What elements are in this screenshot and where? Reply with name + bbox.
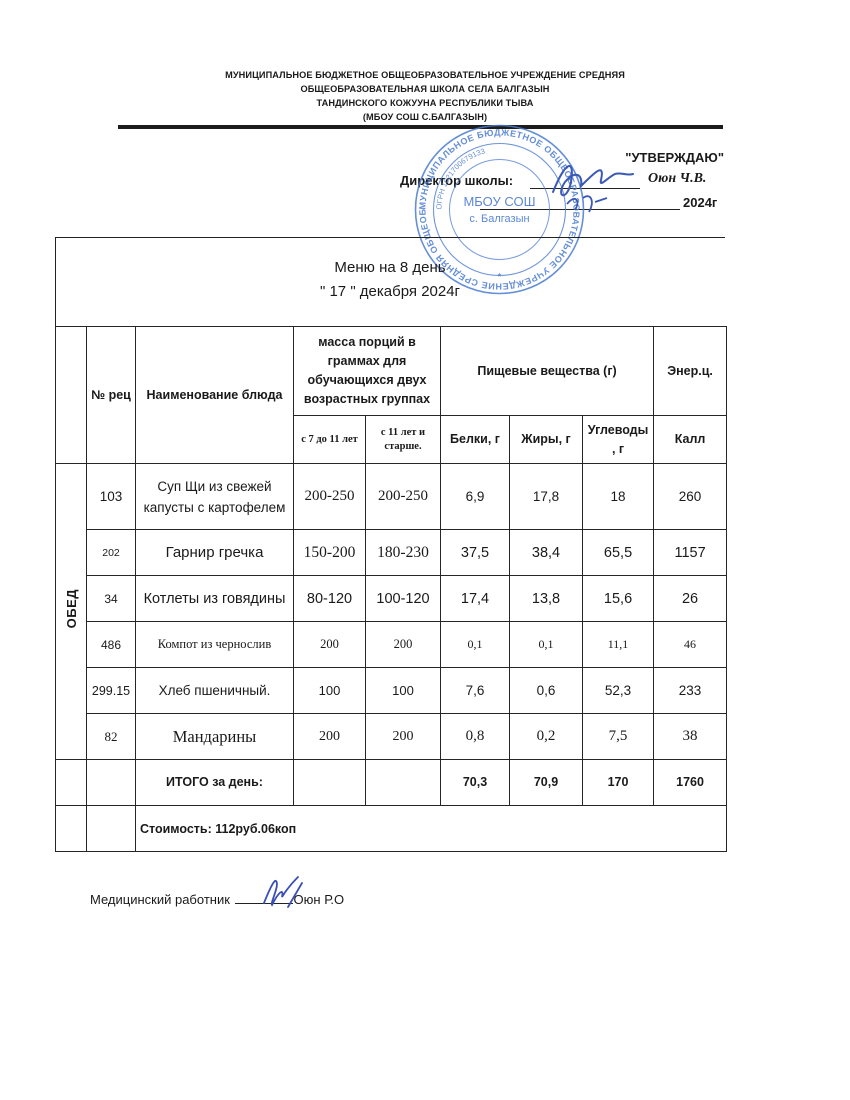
table-row: 299.15 Хлеб пшеничный. 100 100 7,6 0,6 5… — [56, 668, 727, 714]
row-kcal: 260 — [654, 464, 727, 530]
row-name: Котлеты из говядины — [136, 576, 294, 622]
total-blank-2 — [87, 760, 136, 806]
row-num: 34 — [87, 576, 136, 622]
row-kcal: 233 — [654, 668, 727, 714]
section-label-cell: ОБЕД — [56, 464, 87, 760]
row-mass-2: 180-230 — [366, 530, 441, 576]
approve-label: "УТВЕРЖДАЮ" — [625, 150, 724, 165]
row-carbs: 11,1 — [583, 622, 654, 668]
row-carbs: 18 — [583, 464, 654, 530]
row-name: Компот из чернослив — [136, 622, 294, 668]
director-signature-line — [530, 188, 640, 189]
table-row: 82 Мандарины 200 200 0,8 0,2 7,5 38 — [56, 714, 727, 760]
total-blank-3 — [294, 760, 366, 806]
col-header-nutrients: Пищевые вещества (г) — [441, 327, 654, 416]
medical-worker-name: Оюн Р.О — [294, 892, 345, 907]
section-label: ОБЕД — [64, 589, 79, 628]
row-kcal: 46 — [654, 622, 727, 668]
row-carbs: 65,5 — [583, 530, 654, 576]
cost-blank-1 — [56, 806, 87, 852]
row-fat: 0,1 — [510, 622, 583, 668]
col-header-fat: Жиры, г — [510, 416, 583, 464]
row-mass-2: 200-250 — [366, 464, 441, 530]
row-num: 103 — [87, 464, 136, 530]
col-header-kcal: Калл — [654, 416, 727, 464]
col-header-mass-7-11: с 7 до 11 лет — [294, 416, 366, 464]
director-name: Оюн Ч.В. — [648, 171, 706, 187]
row-mass-2: 100-120 — [366, 576, 441, 622]
director-label: Директор школы: — [400, 173, 513, 188]
row-fat: 0,6 — [510, 668, 583, 714]
col-header-mass-11-plus: с 11 лет и старше. — [366, 416, 441, 464]
row-num: 82 — [87, 714, 136, 760]
total-blank-4 — [366, 760, 441, 806]
row-num: 202 — [87, 530, 136, 576]
row-kcal: 38 — [654, 714, 727, 760]
menu-title-box — [55, 237, 725, 326]
total-label: ИТОГО за день: — [136, 760, 294, 806]
row-protein: 17,4 — [441, 576, 510, 622]
row-fat: 0,2 — [510, 714, 583, 760]
row-fat: 13,8 — [510, 576, 583, 622]
school-header: МУНИЦИПАЛЬНОЕ БЮДЖЕТНОЕ ОБЩЕОБРАЗОВАТЕЛЬ… — [0, 68, 850, 124]
col-header-mass: масса порций в граммах для обучающихся д… — [294, 327, 441, 416]
row-mass-1: 100 — [294, 668, 366, 714]
total-protein: 70,3 — [441, 760, 510, 806]
total-row: ИТОГО за день: 70,3 70,9 170 1760 — [56, 760, 727, 806]
menu-table: № рец Наименование блюда масса порций в … — [55, 326, 727, 852]
approval-year: 2024г — [683, 195, 717, 210]
row-protein: 0,1 — [441, 622, 510, 668]
row-protein: 7,6 — [441, 668, 510, 714]
medical-worker-line: Медицинский работник Оюн Р.О — [90, 892, 344, 907]
row-mass-1: 150-200 — [294, 530, 366, 576]
stamp-center-2: с. Балгазын — [469, 213, 529, 225]
row-mass-2: 100 — [366, 668, 441, 714]
table-row: 486 Компот из чернослив 200 200 0,1 0,1 … — [56, 622, 727, 668]
row-kcal: 26 — [654, 576, 727, 622]
row-fat: 38,4 — [510, 530, 583, 576]
row-mass-2: 200 — [366, 714, 441, 760]
row-mass-1: 200-250 — [294, 464, 366, 530]
row-carbs: 7,5 — [583, 714, 654, 760]
table-row: ОБЕД 103 Суп Щи из свежей капусты с карт… — [56, 464, 727, 530]
row-protein: 6,9 — [441, 464, 510, 530]
col-header-name: Наименование блюда — [136, 327, 294, 464]
header-line-1: МУНИЦИПАЛЬНОЕ БЮДЖЕТНОЕ ОБЩЕОБРАЗОВАТЕЛЬ… — [0, 68, 850, 82]
row-mass-1: 200 — [294, 622, 366, 668]
medical-worker-label: Медицинский работник — [90, 892, 230, 907]
row-name: Суп Щи из свежей капусты с картофелем — [136, 464, 294, 530]
header-line-2: ОБЩЕОБРАЗОВАТЕЛЬНАЯ ШКОЛА СЕЛА БАЛГАЗЫН — [0, 82, 850, 96]
table-row: 34 Котлеты из говядины 80-120 100-120 17… — [56, 576, 727, 622]
row-name: Мандарины — [136, 714, 294, 760]
table-row: 202 Гарнир гречка 150-200 180-230 37,5 3… — [56, 530, 727, 576]
row-name: Гарнир гречка — [136, 530, 294, 576]
stamp-center-1: МБОУ СОШ — [463, 194, 535, 209]
total-carbs: 170 — [583, 760, 654, 806]
cost-row: Стоимость: 112руб.06коп — [56, 806, 727, 852]
total-kcal: 1760 — [654, 760, 727, 806]
menu-date: " 17 " декабря 2024г — [0, 283, 780, 300]
row-carbs: 15,6 — [583, 576, 654, 622]
col-header-energy: Энер.ц. — [654, 327, 727, 416]
row-carbs: 52,3 — [583, 668, 654, 714]
col-header-protein: Белки, г — [441, 416, 510, 464]
row-kcal: 1157 — [654, 530, 727, 576]
row-protein: 0,8 — [441, 714, 510, 760]
cost-blank-2 — [87, 806, 136, 852]
medical-signature-line — [235, 902, 293, 904]
col-header-num: № рец — [87, 327, 136, 464]
date-line — [480, 209, 680, 210]
menu-title: Меню на 8 день — [0, 259, 780, 276]
row-mass-1: 200 — [294, 714, 366, 760]
total-blank-1 — [56, 760, 87, 806]
row-protein: 37,5 — [441, 530, 510, 576]
row-num: 486 — [87, 622, 136, 668]
header-line-4: (МБОУ СОШ С.БАЛГАЗЫН) — [0, 110, 850, 124]
section-header-cell — [56, 327, 87, 464]
row-mass-2: 200 — [366, 622, 441, 668]
row-fat: 17,8 — [510, 464, 583, 530]
header-divider — [118, 125, 723, 129]
row-name: Хлеб пшеничный. — [136, 668, 294, 714]
total-fat: 70,9 — [510, 760, 583, 806]
row-mass-1: 80-120 — [294, 576, 366, 622]
header-line-3: ТАНДИНСКОГО КОЖУУНА РЕСПУБЛИКИ ТЫВА — [0, 96, 850, 110]
row-num: 299.15 — [87, 668, 136, 714]
col-header-carbs: Углеводы , г — [583, 416, 654, 464]
cost-text: Стоимость: 112руб.06коп — [136, 806, 727, 852]
